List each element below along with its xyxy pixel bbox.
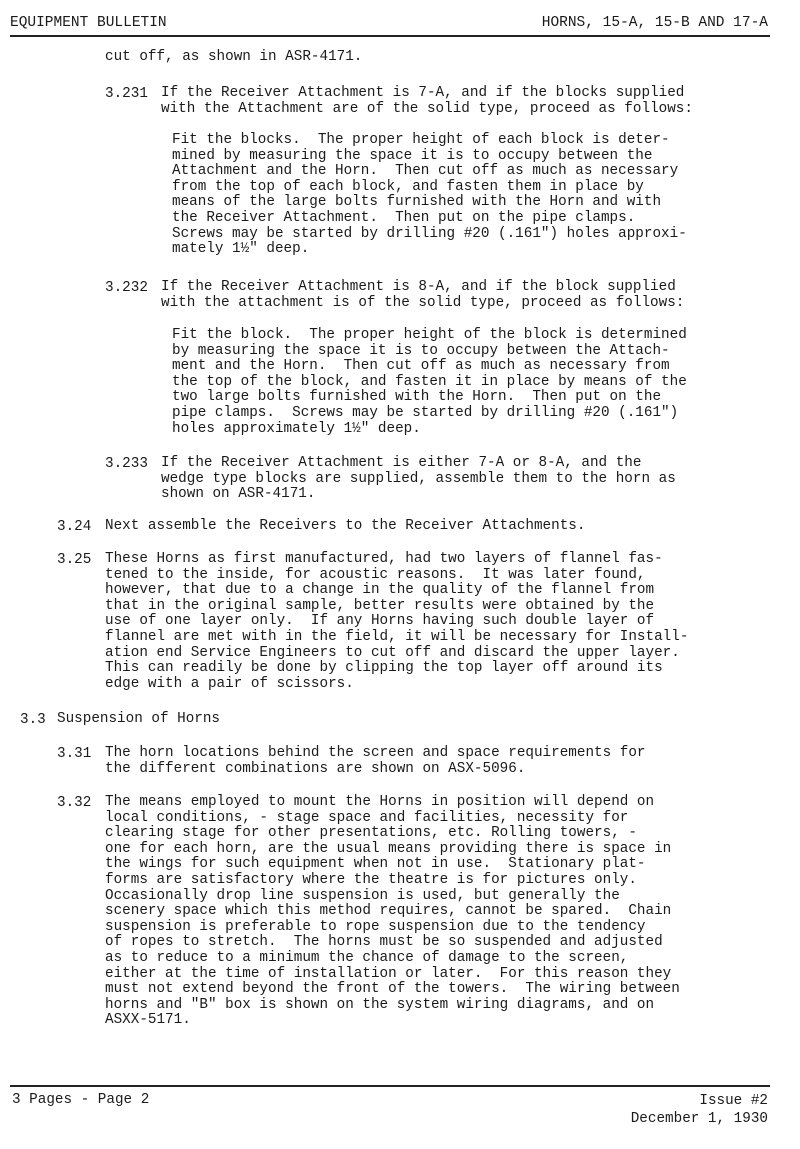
paragraph-text: The means employed to mount the Horns in… [105,795,680,1029]
header-rule [10,35,770,37]
paragraph-text: If the Receiver Attachment is 8-A, and i… [161,280,684,311]
paragraph-subtext: Fit the block. The proper height of the … [172,328,687,437]
paragraph-text: If the Receiver Attachment is either 7-A… [161,456,676,503]
continuation-text: cut off, as shown in ASR-4171. [105,50,362,66]
paragraph-number: 3.24 [57,519,91,535]
bulletin-title: EQUIPMENT BULLETIN [10,15,167,31]
page-header: EQUIPMENT BULLETIN HORNS, 15-A, 15-B AND… [10,15,768,35]
paragraph-text: The horn locations behind the screen and… [105,746,646,777]
paragraph-number: 3.32 [57,795,91,811]
paragraph-number: 3.25 [57,552,91,568]
paragraph-number: 3.232 [105,280,148,296]
footer-rule [10,1085,770,1087]
paragraph-number: 3.231 [105,86,148,102]
issue-date: December 1, 1930 [631,1110,768,1128]
paragraph-text: These Horns as first manufactured, had t… [105,552,688,692]
paragraph-subtext: Fit the blocks. The proper height of eac… [172,133,687,258]
issue-number: Issue #2 [631,1092,768,1110]
paragraph-text: Next assemble the Receivers to the Recei… [105,519,585,535]
document-page: EQUIPMENT BULLETIN HORNS, 15-A, 15-B AND… [0,0,800,1149]
bulletin-subject: HORNS, 15-A, 15-B AND 17-A [542,15,768,31]
paragraph-text: If the Receiver Attachment is 7-A, and i… [161,86,693,117]
page-count: 3 Pages - Page 2 [12,1092,149,1108]
section-title: Suspension of Horns [57,712,220,728]
issue-info: Issue #2 December 1, 1930 [631,1092,768,1128]
paragraph-number: 3.233 [105,456,148,472]
paragraph-number: 3.31 [57,746,91,762]
section-number: 3.3 [20,712,46,728]
